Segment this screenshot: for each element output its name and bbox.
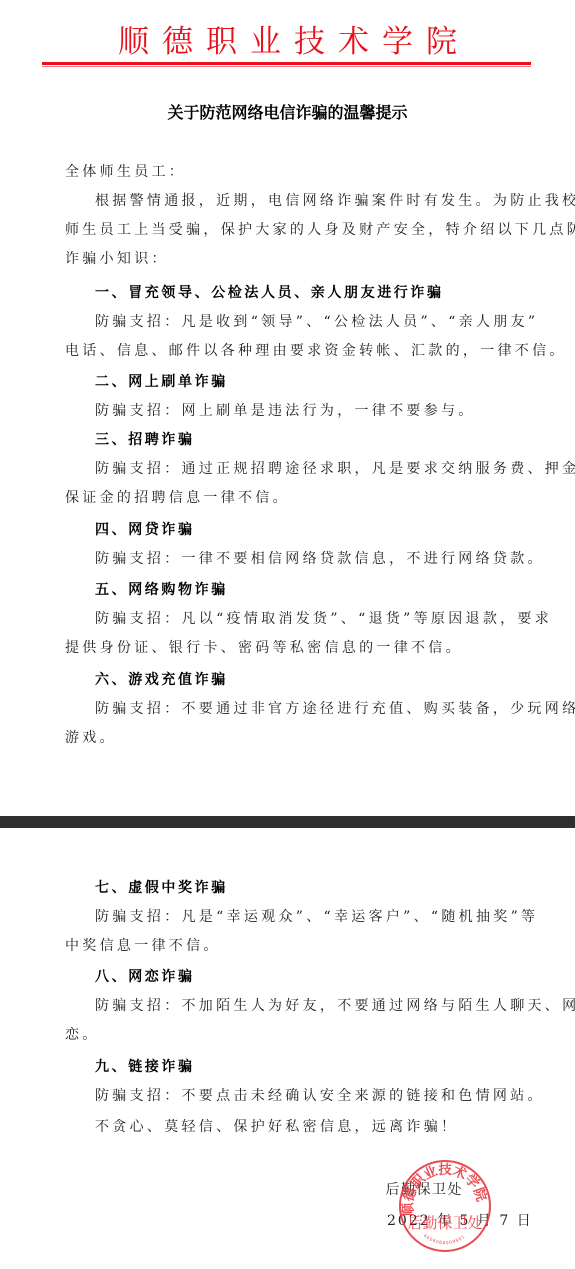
intro-line-1: 根据警情通报，近期，电信网络诈骗案件时有发生。为防止我校 bbox=[65, 187, 555, 216]
letterhead-red-rule bbox=[42, 62, 531, 65]
intro-line-3: 诈骗小知识： bbox=[65, 245, 525, 274]
section-3-line-1: 防骗支招：通过正规招聘途径求职，凡是要求交纳服务费、押金、 bbox=[65, 455, 555, 484]
seal-arc-text-icon: 顺德职业技术学院 4406068009901 bbox=[401, 1162, 489, 1250]
section-heading-5: 五、网络购物诈骗 bbox=[95, 576, 228, 605]
section-8-line-1: 防骗支招：不加陌生人为好友，不要通过网络与陌生人聊天、网 bbox=[65, 992, 555, 1021]
section-5-line-2: 提供身份证、银行卡、密码等私密信息的一律不信。 bbox=[65, 634, 525, 663]
document-page-1: 顺德职业技术学院 关于防范网络电信诈骗的温馨提示 全体师生员工： 根据警情通报，… bbox=[0, 0, 575, 816]
section-7-line-2: 中奖信息一律不信。 bbox=[65, 932, 525, 961]
section-4-line-1: 防骗支招：一律不要相信网络贷款信息，不进行网络贷款。 bbox=[65, 545, 555, 574]
section-heading-1: 一、冒充领导、公检法人员、亲人朋友进行诈骗 bbox=[95, 279, 444, 308]
closing-remark: 不贪心、莫轻信、保护好私密信息，远离诈骗！ bbox=[65, 1113, 555, 1142]
section-heading-7: 七、虚假中奖诈骗 bbox=[95, 874, 228, 903]
salutation: 全体师生员工： bbox=[65, 158, 525, 187]
section-1-line-2: 电话、信息、邮件以各种理由要求资金转帐、汇款的，一律不信。 bbox=[65, 337, 525, 366]
seal-arc-text: 顺德职业技术学院 bbox=[401, 1162, 489, 1217]
section-9-line-1: 防骗支招：不要点击未经确认安全来源的链接和色情网站。 bbox=[65, 1082, 555, 1111]
section-heading-4: 四、网贷诈骗 bbox=[95, 516, 195, 545]
section-3-line-2: 保证金的招聘信息一律不信。 bbox=[65, 484, 525, 513]
document-title: 关于防范网络电信诈骗的温馨提示 bbox=[0, 100, 575, 126]
section-heading-6: 六、游戏充值诈骗 bbox=[95, 666, 228, 695]
section-5-line-1: 防骗支招：凡以“疫情取消发货”、“退货”等原因退款，要求 bbox=[65, 605, 555, 634]
page-separator bbox=[0, 816, 575, 828]
section-6-line-1: 防骗支招：不要通过非官方途径进行充值、购买装备，少玩网络 bbox=[65, 695, 555, 724]
letterhead-red-rule-thin bbox=[42, 66, 531, 67]
svg-text:顺德职业技术学院: 顺德职业技术学院 bbox=[401, 1162, 489, 1217]
seal-office-name: 后勤保卫处 bbox=[401, 1212, 489, 1233]
intro-line-2: 师生员工上当受骗，保护大家的人身及财产安全，特介绍以下几点防 bbox=[65, 216, 525, 245]
section-2-line-1: 防骗支招：网上刷单是违法行为，一律不要参与。 bbox=[65, 397, 555, 426]
section-heading-9: 九、链接诈骗 bbox=[95, 1053, 195, 1082]
org-letterhead: 顺德职业技术学院 bbox=[0, 22, 575, 62]
section-heading-3: 三、招聘诈骗 bbox=[95, 426, 195, 455]
section-8-line-2: 恋。 bbox=[65, 1021, 525, 1050]
official-seal: 顺德职业技术学院 4406068009901 后勤保卫处 bbox=[399, 1160, 491, 1252]
section-1-line-1: 防骗支招：凡是收到“领导”、“公检法人员”、“亲人朋友” bbox=[65, 308, 555, 337]
section-7-line-1: 防骗支招：凡是“幸运观众”、“幸运客户”、“随机抽奖”等 bbox=[65, 903, 555, 932]
svg-text:4406068009901: 4406068009901 bbox=[422, 1233, 467, 1246]
section-heading-2: 二、网上刷单诈骗 bbox=[95, 368, 228, 397]
section-heading-8: 八、网恋诈骗 bbox=[95, 963, 195, 992]
section-6-line-2: 游戏。 bbox=[65, 724, 525, 753]
seal-code: 4406068009901 bbox=[422, 1233, 467, 1246]
